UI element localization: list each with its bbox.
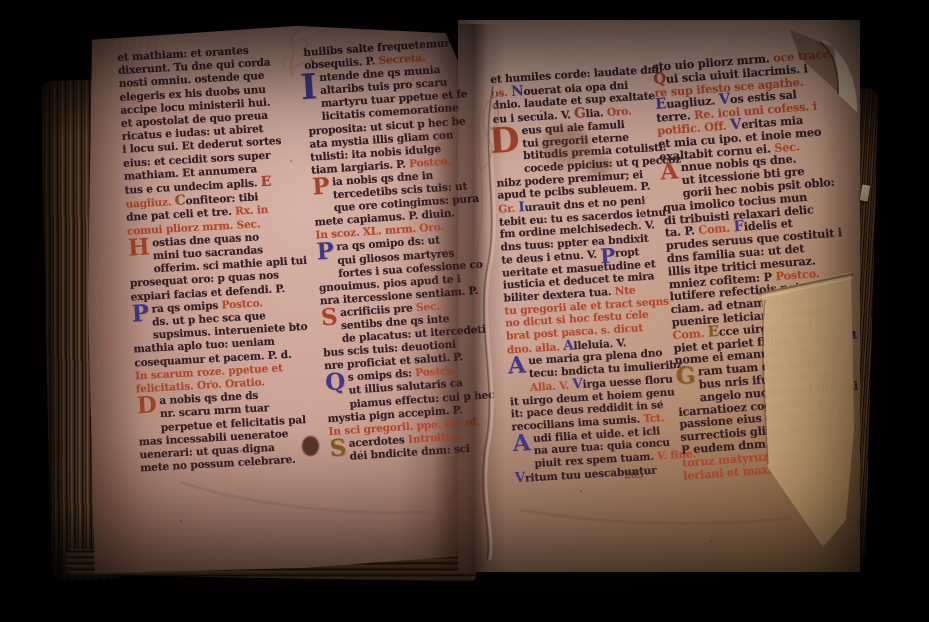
illuminated-initial: A — [507, 357, 526, 384]
illuminated-initial: Q — [325, 373, 347, 400]
illuminated-initial: A — [512, 434, 531, 461]
illuminated-initial: I — [300, 73, 319, 113]
illuminated-initial: ps. — [491, 86, 512, 99]
parchment-specks — [540, 110, 542, 112]
illuminated-initial: S — [320, 308, 338, 335]
illuminated-initial: Tct. — [643, 412, 665, 425]
illuminated-initial: Postco. — [409, 155, 451, 170]
right-page-column-2: sto uio pliorz mrm. oce trace.Qui scia u… — [652, 43, 925, 482]
illuminated-initial: A — [660, 163, 680, 190]
illuminated-initial: D — [136, 397, 157, 424]
illuminated-initial: Oro. — [607, 106, 632, 119]
illuminated-initial: G — [675, 367, 696, 394]
illuminated-initial: Gr. — [498, 203, 519, 216]
stain — [586, 156, 612, 176]
illuminated-initial: S — [329, 439, 347, 466]
parchment-specks — [150, 120, 152, 122]
folio-number: 203 — [624, 469, 644, 481]
illuminated-initial: E — [260, 174, 271, 191]
illuminated-initial: Rx. in — [235, 204, 269, 218]
text-segment: lia. — [585, 107, 607, 120]
illuminated-initial: Sec. — [416, 300, 440, 314]
text-segment: ropt — [615, 246, 640, 259]
illuminated-initial: P — [131, 305, 150, 332]
left-page-column-2: huilibs salte frequetemurobsequiis. P. S… — [303, 35, 516, 466]
ink-blot — [302, 436, 319, 456]
illuminated-initial: P — [316, 243, 335, 270]
illuminated-initial: Postco. — [221, 297, 263, 311]
illuminated-initial: P — [312, 178, 331, 205]
manuscript-photo: et mathiam: et orantesdixerunt. Tu dne q… — [0, 0, 929, 622]
illuminated-initial: Nte — [614, 284, 635, 297]
illuminated-initial: D — [488, 126, 520, 167]
illuminated-initial: H — [127, 238, 150, 265]
stain — [540, 126, 592, 166]
